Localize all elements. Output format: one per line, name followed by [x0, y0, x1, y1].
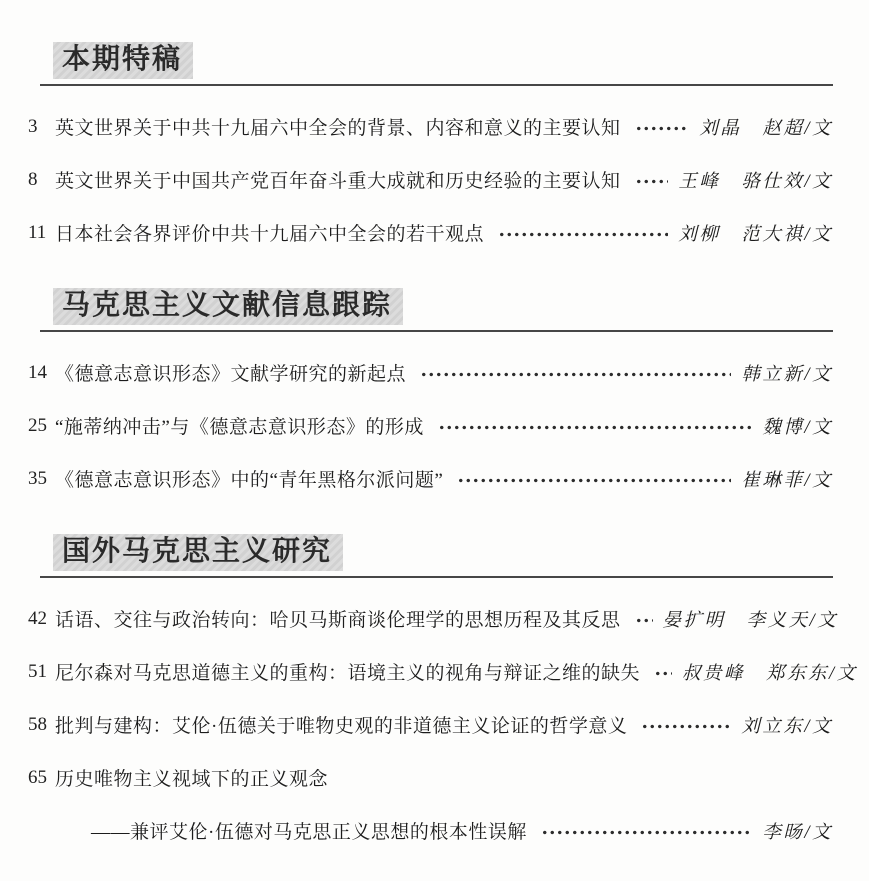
section-header: 马克思主义文献信息跟踪 — [40, 288, 833, 332]
toc-entry: 42 话语、交往与政治转向：哈贝马斯商谈伦理学的思想历程及其反思 晏扩明 李义天… — [28, 592, 833, 645]
entry-authors: 刘立东/文 — [741, 712, 833, 738]
page-number: 11 — [28, 222, 55, 244]
entry-title: 《德意志意识形态》文献学研究的新起点 — [55, 359, 406, 386]
page-number: 8 — [28, 169, 55, 191]
page-number: 14 — [28, 362, 55, 384]
entry-authors: 刘柳 范大祺/文 — [678, 220, 833, 246]
entry-authors: 魏博/文 — [762, 413, 833, 439]
dot-leader — [457, 471, 731, 490]
page-number: 25 — [28, 415, 55, 437]
toc-entry: 8 英文世界关于中国共产党百年奋斗重大成就和历史经验的主要认知 王峰 骆仕效/文 — [28, 153, 833, 206]
dot-leader — [635, 611, 653, 630]
page-number: 65 — [28, 767, 55, 789]
entry-authors: 韩立新/文 — [741, 360, 833, 386]
entry-subtitle: ——兼评艾伦·伍德对马克思正义思想的根本性误解 — [91, 817, 527, 844]
toc-entry: 14 《德意志意识形态》文献学研究的新起点 韩立新/文 — [28, 346, 833, 399]
dot-leader — [635, 119, 690, 138]
page-number: 42 — [28, 608, 55, 630]
dot-leader — [541, 823, 753, 842]
toc-entry: 51 尼尔森对马克思道德主义的重构：语境主义的视角与辩证之维的缺失 叔贵峰 郑东… — [28, 645, 833, 698]
toc-entry: 58 批判与建构：艾伦·伍德关于唯物史观的非道德主义论证的哲学意义 刘立东/文 — [28, 698, 833, 751]
entry-title: 《德意志意识形态》中的“青年黑格尔派问题” — [55, 465, 443, 492]
entry-title: 话语、交往与政治转向：哈贝马斯商谈伦理学的思想历程及其反思 — [55, 605, 621, 632]
entry-title: 日本社会各界评价中共十九届六中全会的若干观点 — [55, 219, 484, 246]
entry-authors: 王峰 骆仕效/文 — [678, 167, 833, 193]
toc-entry: 65 历史唯物主义视域下的正义观念 — [28, 751, 833, 804]
toc-entry: 3 英文世界关于中共十九届六中全会的背景、内容和意义的主要认知 刘晶 赵超/文 — [28, 100, 833, 153]
section-entries: 42 话语、交往与政治转向：哈贝马斯商谈伦理学的思想历程及其反思 晏扩明 李义天… — [28, 592, 833, 857]
dot-leader — [641, 717, 731, 736]
page-number: 3 — [28, 116, 55, 138]
section-title: 本期特稿 — [53, 42, 193, 79]
entry-title: 尼尔森对马克思道德主义的重构：语境主义的视角与辩证之维的缺失 — [55, 658, 640, 685]
entry-authors: 崔琳菲/文 — [741, 466, 833, 492]
entry-title: 英文世界关于中共十九届六中全会的背景、内容和意义的主要认知 — [55, 113, 621, 140]
entry-authors: 李旸/文 — [762, 818, 833, 844]
section-entries: 3 英文世界关于中共十九届六中全会的背景、内容和意义的主要认知 刘晶 赵超/文 … — [28, 100, 833, 259]
toc-entry: 25 “施蒂纳冲击”与《德意志意识形态》的形成 魏博/文 — [28, 399, 833, 452]
section-header: 本期特稿 — [40, 42, 833, 86]
dot-leader — [654, 664, 672, 683]
dot-leader — [498, 225, 668, 244]
entry-title: 英文世界关于中国共产党百年奋斗重大成就和历史经验的主要认知 — [55, 166, 621, 193]
dot-leader — [438, 418, 752, 437]
entry-title: “施蒂纳冲击”与《德意志意识形态》的形成 — [55, 412, 424, 439]
toc-section-marxist-literature: 马克思主义文献信息跟踪 14 《德意志意识形态》文献学研究的新起点 韩立新/文 … — [28, 288, 833, 505]
section-title: 马克思主义文献信息跟踪 — [53, 288, 403, 325]
entry-title: 历史唯物主义视域下的正义观念 — [55, 764, 328, 791]
entry-title: 批判与建构：艾伦·伍德关于唯物史观的非道德主义论证的哲学意义 — [55, 711, 627, 738]
section-title: 国外马克思主义研究 — [53, 534, 343, 571]
section-header: 国外马克思主义研究 — [40, 534, 833, 578]
page-number: 35 — [28, 468, 55, 490]
toc-section-foreign-marxism: 国外马克思主义研究 42 话语、交往与政治转向：哈贝马斯商谈伦理学的思想历程及其… — [28, 534, 833, 857]
dot-leader — [420, 365, 731, 384]
page-number: 58 — [28, 714, 55, 736]
page-number: 51 — [28, 661, 55, 683]
toc-page: 本期特稿 3 英文世界关于中共十九届六中全会的背景、内容和意义的主要认知 刘晶 … — [0, 0, 869, 881]
dot-leader — [635, 172, 669, 191]
entry-authors: 晏扩明 李义天/文 — [663, 606, 839, 632]
toc-entry: 11 日本社会各界评价中共十九届六中全会的若干观点 刘柳 范大祺/文 — [28, 206, 833, 259]
toc-entry: 35 《德意志意识形态》中的“青年黑格尔派问题” 崔琳菲/文 — [28, 452, 833, 505]
entry-authors: 叔贵峰 郑东东/文 — [682, 659, 858, 685]
section-entries: 14 《德意志意识形态》文献学研究的新起点 韩立新/文 25 “施蒂纳冲击”与《… — [28, 346, 833, 505]
toc-entry-subtitle: ——兼评艾伦·伍德对马克思正义思想的根本性误解 李旸/文 — [28, 804, 833, 857]
toc-section-featured: 本期特稿 3 英文世界关于中共十九届六中全会的背景、内容和意义的主要认知 刘晶 … — [28, 42, 833, 259]
entry-authors: 刘晶 赵超/文 — [699, 114, 833, 140]
